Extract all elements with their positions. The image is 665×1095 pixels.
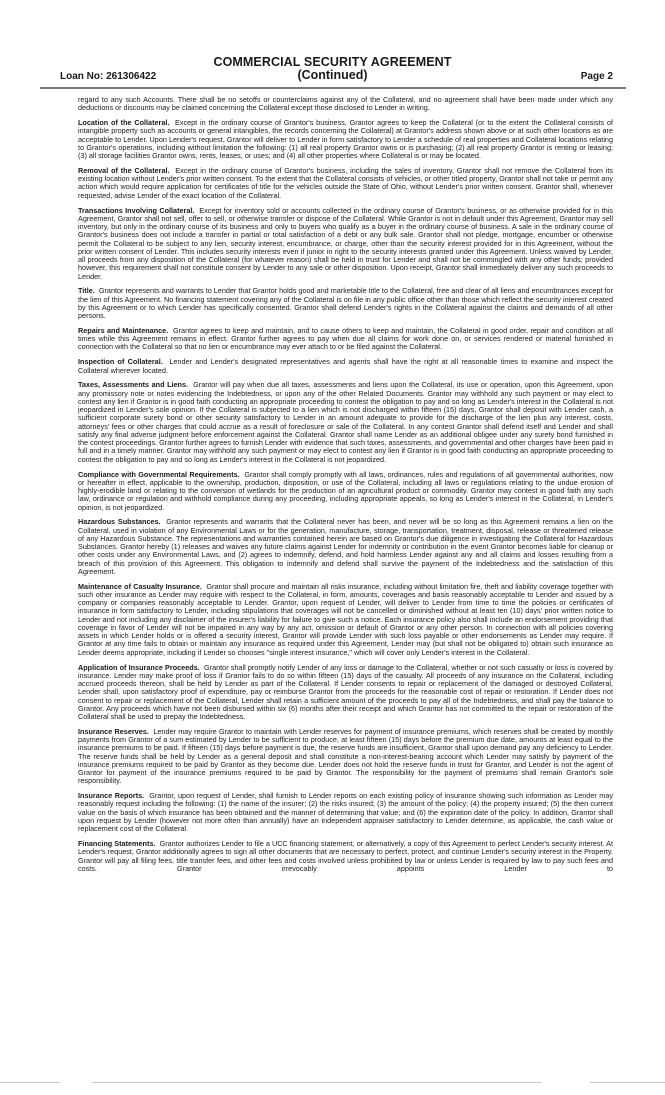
paragraph-removal-of-collateral: Removal of the Collateral. Except in the… [78,167,613,200]
paragraph-text: Lender may require Grantor to maintain w… [78,727,613,786]
document-title-block: COMMERCIAL SECURITY AGREEMENT (Continued… [40,56,625,82]
paragraph-accounts-continued: regard to any such Accounts. There shall… [78,96,613,113]
footer-divider-left [0,1082,60,1083]
paragraph-text: Grantor represents and warrants to Lende… [78,286,613,320]
paragraph-compliance-governmental: Compliance with Governmental Requirement… [78,471,613,512]
paragraph-insurance-proceeds: Application of Insurance Proceeds. Grant… [78,664,613,722]
paragraph-text: regard to any such Accounts. There shall… [78,95,613,112]
paragraph-text: Grantor shall procure and maintain all r… [78,582,613,657]
paragraph-text: Grantor shall promptly notify Lender of … [78,663,613,722]
paragraph-title: Title. Grantor represents and warrants t… [78,287,613,320]
paragraph-taxes-assessments-liens: Taxes, Assessments and Liens. Grantor wi… [78,381,613,464]
paragraph-repairs-and-maintenance: Repairs and Maintenance. Grantor agrees … [78,327,613,352]
paragraph-transactions-involving-collateral: Transactions Involving Collateral. Excep… [78,207,613,281]
document-subtitle: (Continued) [40,69,625,82]
paragraph-text: Grantor, upon request of Lender, shall f… [78,791,613,833]
page-number: Page 2 [581,71,613,82]
paragraph-insurance-reserves: Insurance Reserves. Lender may require G… [78,728,613,786]
paragraph-text: Except for inventory sold or accounts co… [78,206,613,281]
footer-divider [92,1082,542,1083]
paragraph-hazardous-substances: Hazardous Substances. Grantor represents… [78,518,613,576]
paragraph-casualty-insurance: Maintenance of Casualty Insurance. Grant… [78,583,613,657]
footer-divider-right [590,1082,665,1083]
paragraph-inspection-of-collateral: Inspection of Collateral. Lender and Len… [78,358,613,375]
paragraph-location-of-collateral: Location of the Collateral. Except in th… [78,119,613,160]
paragraph-text: Grantor represents and warrants that the… [78,517,613,576]
paragraph-text: Grantor will pay when due all taxes, ass… [78,380,613,463]
paragraph-financing-statements: Financing Statements. Grantor authorizes… [78,840,613,873]
paragraph-text: Grantor authorizes Lender to file a UCC … [78,839,613,873]
header-divider [40,87,626,89]
page-header: Loan No: 261306422 COMMERCIAL SECURITY A… [40,56,625,86]
document-body: regard to any such Accounts. There shall… [78,96,613,880]
paragraph-insurance-reports: Insurance Reports. Grantor, upon request… [78,792,613,833]
